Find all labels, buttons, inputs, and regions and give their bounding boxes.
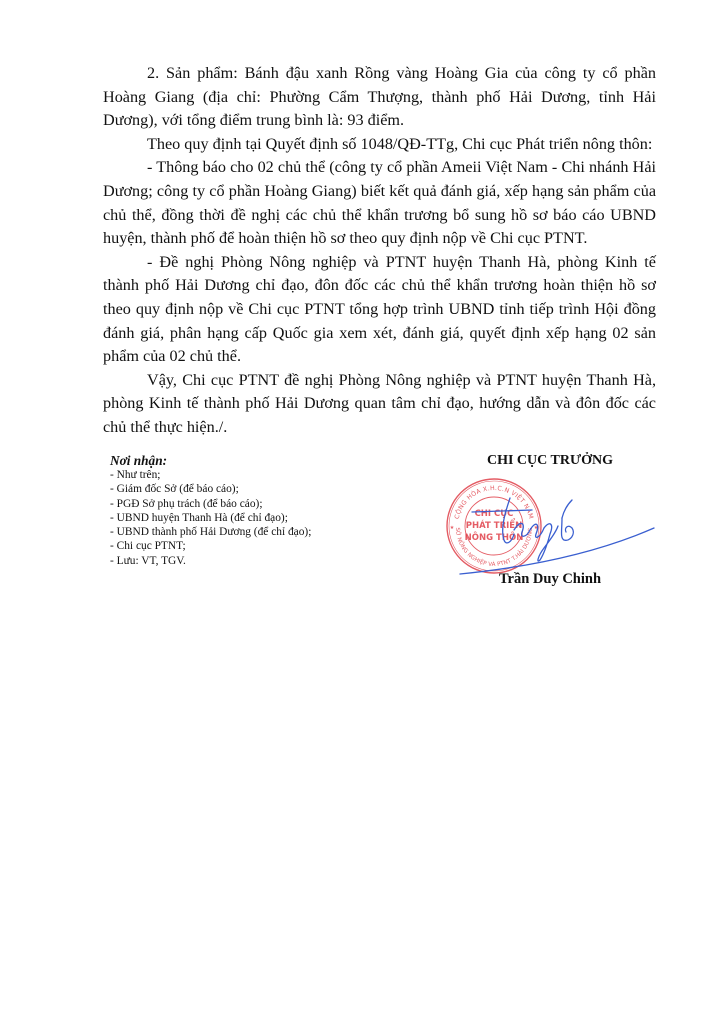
recipient-item: - UBND thành phố Hải Dương (để chỉ đạo); [110,525,410,539]
signer-title: CHI CỤC TRƯỞNG [440,452,660,470]
paragraph-notify: - Thông báo cho 02 chủ thể (công ty cổ p… [103,156,656,250]
document-body: 2. Sản phẩm: Bánh đậu xanh Rồng vàng Hoà… [103,62,656,440]
handwritten-signature-icon [440,470,660,580]
document-page: 2. Sản phẩm: Bánh đậu xanh Rồng vàng Hoà… [0,0,724,1024]
signature-block: CHI CỤC TRƯỞNG CỘNG HÒA X.H.C.N VIỆT NAM… [440,452,660,602]
paragraph-request: - Đề nghị Phòng Nông nghiệp và PTNT huyệ… [103,251,656,369]
recipient-item: - Như trên; [110,468,410,482]
paragraph-regulation: Theo quy định tại Quyết định số 1048/QĐ-… [103,133,656,157]
recipients-list: - Như trên; - Giám đốc Sở (để báo cáo); … [110,468,410,568]
signer-name: Trần Duy Chinh [440,570,660,588]
recipients-block: Nơi nhận: - Như trên; - Giám đốc Sở (để … [110,453,410,568]
paragraph-conclusion: Vậy, Chi cục PTNT đề nghị Phòng Nông ngh… [103,369,656,440]
recipient-item: - UBND huyện Thanh Hà (để chỉ đạo); [110,511,410,525]
recipient-item: - Giám đốc Sở (để báo cáo); [110,482,410,496]
recipient-item: - Chi cục PTNT; [110,539,410,553]
paragraph-product-2: 2. Sản phẩm: Bánh đậu xanh Rồng vàng Hoà… [103,62,656,133]
recipients-title: Nơi nhận: [110,453,410,468]
recipient-item: - PGĐ Sở phụ trách (để báo cáo); [110,497,410,511]
recipient-item: - Lưu: VT, TGV. [110,554,410,568]
